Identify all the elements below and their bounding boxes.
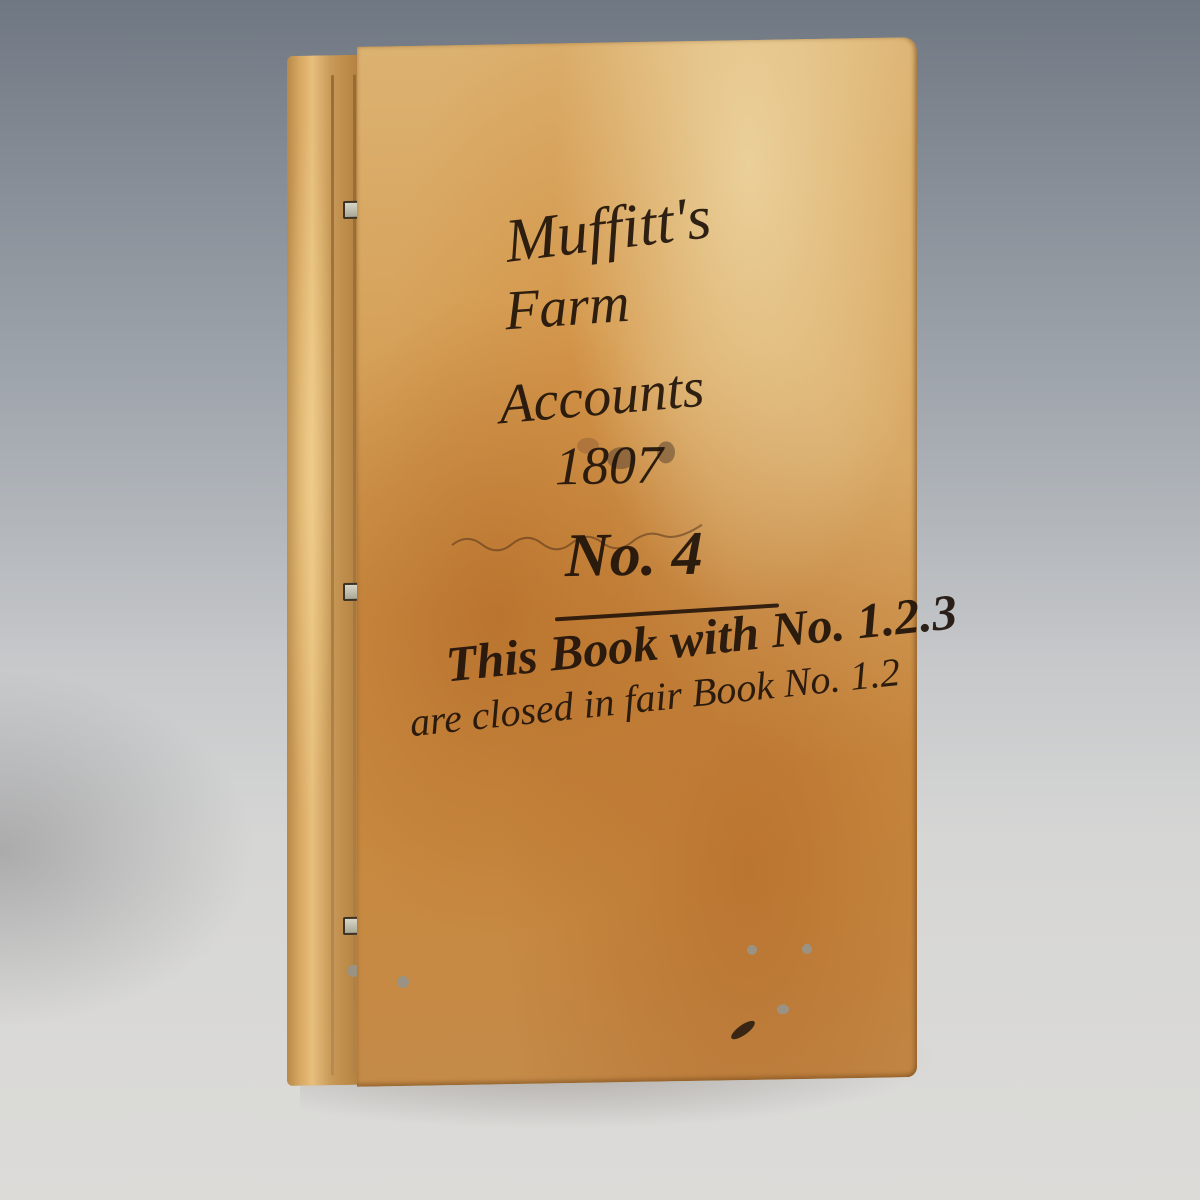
vellum-book: Muffitt's Farm Accounts 1807 No. 4 This … bbox=[287, 37, 919, 1088]
front-cover: Muffitt's Farm Accounts 1807 No. 4 This … bbox=[357, 37, 917, 1087]
inscription-number: No. 4 bbox=[565, 519, 703, 592]
left-shadow bbox=[0, 640, 300, 1060]
handwritten-inscription: Muffitt's Farm Accounts 1807 No. 4 This … bbox=[357, 37, 917, 1087]
book-spine bbox=[287, 55, 359, 1086]
spine-groove bbox=[331, 75, 334, 1075]
